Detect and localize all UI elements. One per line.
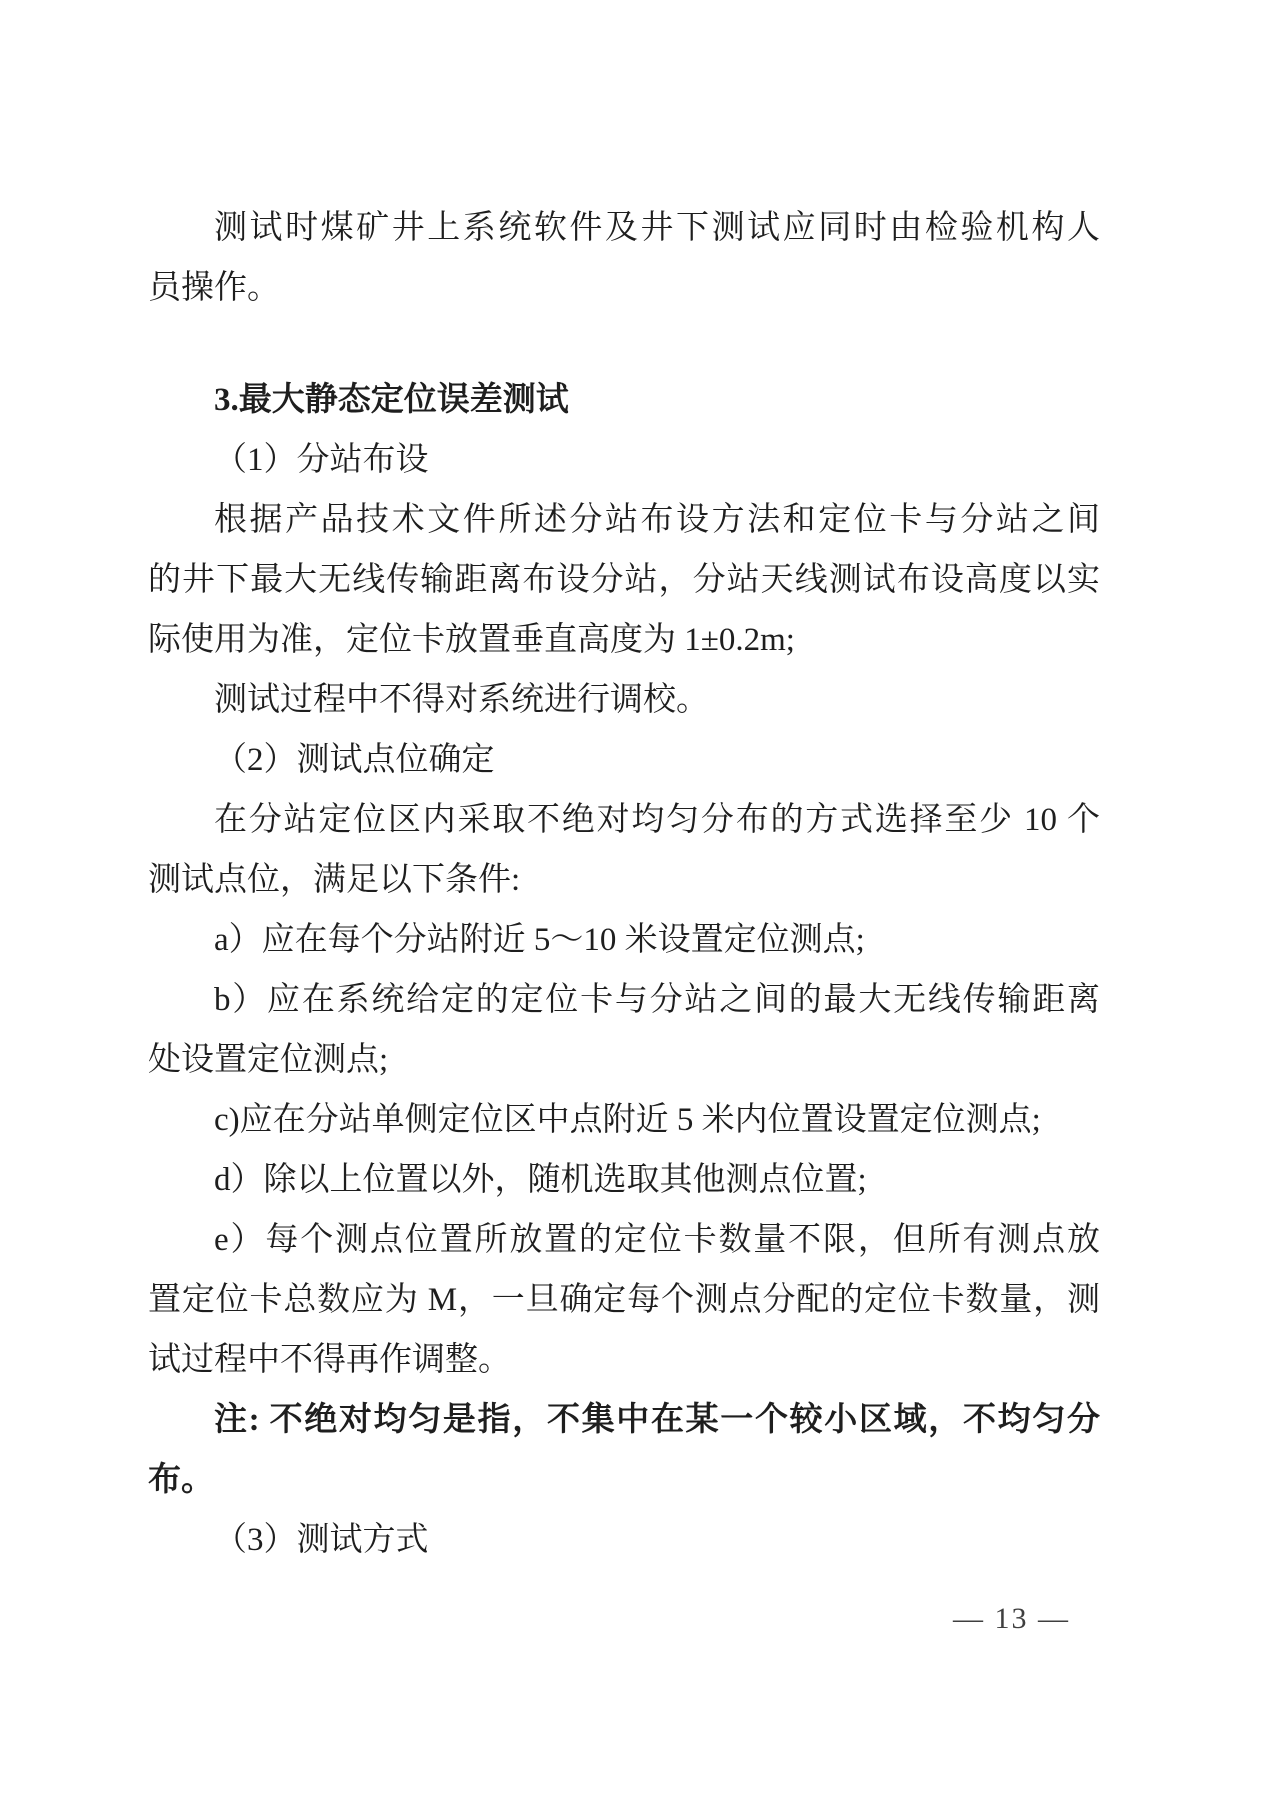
subsection-heading: （2）测试点位确定 (148, 730, 1100, 790)
list-item-c: c)应在分站单侧定位区中点附近 5 米内位置设置定位测点; (148, 1090, 1100, 1150)
paragraph-line: 际使用为准，定位卡放置垂直高度为 1±0.2m; (148, 610, 1100, 670)
list-item-b-continued: 处设置定位测点; (148, 1030, 1100, 1090)
list-item-e-continued: 置定位卡总数应为 M，一旦确定每个测点分配的定位卡数量，测 (148, 1270, 1100, 1330)
note-line: 注: 不绝对均匀是指，不集中在某一个较小区域，不均匀分 (148, 1390, 1100, 1450)
document-body: 测试时煤矿井上系统软件及井下测试应同时由检验机构人 员操作。 3.最大静态定位误… (148, 198, 1100, 1570)
paragraph-line: 的井下最大无线传输距离布设分站，分站天线测试布设高度以实 (148, 550, 1100, 610)
paragraph-line: 在分站定位区内采取不绝对均匀分布的方式选择至少 10 个 (148, 790, 1100, 850)
paragraph-line: 测试时煤矿井上系统软件及井下测试应同时由检验机构人 (148, 198, 1100, 258)
list-item-d: d）除以上位置以外，随机选取其他测点位置; (148, 1150, 1100, 1210)
paragraph-line: 测试点位，满足以下条件: (148, 850, 1100, 910)
page-number: — 13 — (953, 1602, 1070, 1636)
subsection-heading: （1）分站布设 (148, 430, 1100, 490)
subsection-heading: （3）测试方式 (148, 1510, 1100, 1570)
paragraph-line: 根据产品技术文件所述分站布设方法和定位卡与分站之间 (148, 490, 1100, 550)
note-line: 布。 (148, 1450, 1100, 1510)
section-heading: 3.最大静态定位误差测试 (148, 370, 1100, 430)
document-page: 测试时煤矿井上系统软件及井下测试应同时由检验机构人 员操作。 3.最大静态定位误… (0, 0, 1280, 1810)
list-item-a: a）应在每个分站附近 5～10 米设置定位测点; (148, 910, 1100, 970)
list-item-b: b）应在系统给定的定位卡与分站之间的最大无线传输距离 (148, 970, 1100, 1030)
paragraph-line: 员操作。 (148, 258, 1100, 318)
paragraph-line: 测试过程中不得对系统进行调校。 (148, 670, 1100, 730)
list-item-e: e）每个测点位置所放置的定位卡数量不限，但所有测点放 (148, 1210, 1100, 1270)
list-item-e-continued: 试过程中不得再作调整。 (148, 1330, 1100, 1390)
